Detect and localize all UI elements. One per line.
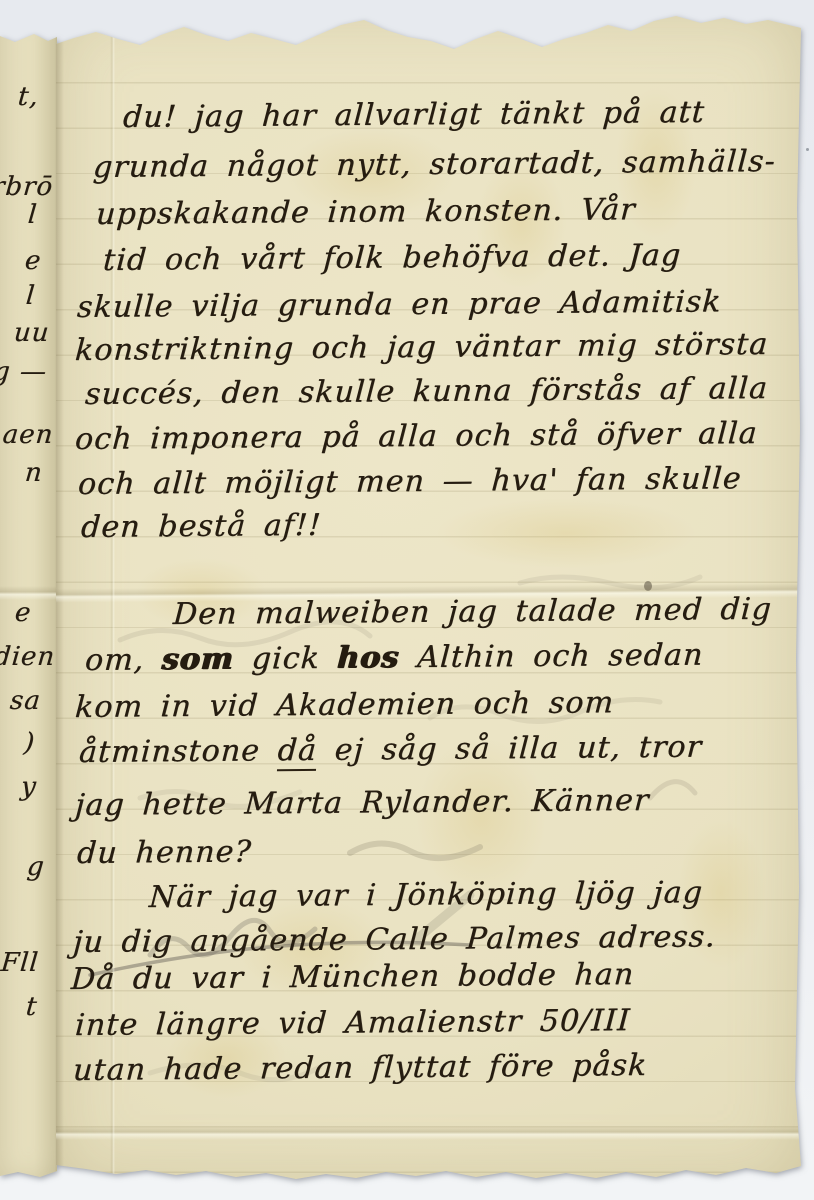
handwriting-segment: ej såg så illa ut, tror — [316, 730, 703, 768]
fold-crease — [0, 586, 57, 600]
handwritten-text: du! jag har allvarligt tänkt på att grun… — [56, 8, 801, 1188]
page-edge-word-fragment: Fll — [0, 948, 40, 978]
scanned-letter-photo: t, rbrō l e l uu g — naen n e dien sa ) … — [0, 0, 814, 1200]
handwriting-segment: åtminstone — [78, 733, 279, 770]
overwritten-word: som — [161, 642, 235, 678]
page-edge-word-fragment: y — [20, 772, 38, 802]
handwriting-line: uppskakande inom konsten. Vår — [95, 192, 637, 232]
handwriting-line: När jag var i Jönköping ljög jag — [148, 875, 704, 915]
handwriting-segment: gick — [233, 641, 339, 677]
handwriting-line: åtminstone då ej såg så illa ut, tror — [78, 730, 703, 770]
page-edge-word-fragment: rbrō — [0, 172, 54, 202]
handwriting-line: inte längre vid Amalienstr 50/III — [74, 1003, 631, 1043]
handwriting-line: utan hade redan flyttat före påsk — [72, 1048, 648, 1088]
handwriting-line: och imponera på alla och stå öfver alla — [74, 416, 759, 457]
handwriting-line: och allt möjligt men — hva' fan skulle — [77, 461, 743, 502]
handwriting-line: ju dig angående Calle Palmes adress. — [72, 919, 717, 960]
handwriting-line: succés, den skulle kunna förstås af alla — [84, 371, 769, 412]
handwriting-line: kom in vid Akademien och som — [74, 685, 615, 725]
page-edge-word-fragment: t — [24, 992, 38, 1022]
letter-page: du! jag har allvarligt tänkt på att grun… — [56, 8, 801, 1188]
page-edge-word-fragment: l — [26, 200, 38, 230]
page-edge-word-fragment: l — [24, 281, 36, 311]
underlined-word: då — [276, 733, 318, 771]
handwriting-line: du henne? — [76, 834, 253, 871]
page-edge-word-fragment: t, — [17, 82, 40, 112]
handwriting-line: skulle vilja grunda en prae Adamitisk — [76, 284, 723, 325]
handwriting-line: om, som gick hos Althin och sedan — [84, 638, 705, 678]
page-edge-word-fragment: n — [24, 458, 44, 488]
handwriting-line: grunda något nytt, storartadt, samhälls- — [92, 144, 777, 185]
page-edge-word-fragment: g — [26, 852, 46, 882]
overwritten-word: hos — [337, 640, 401, 676]
page-edge-word-fragment: ) — [23, 728, 37, 758]
handwriting-segment: om, — [84, 642, 163, 678]
handwriting-segment: Althin och sedan — [399, 638, 705, 676]
handwriting-line: jag hette Marta Rylander. Känner — [74, 783, 650, 823]
handwriting-line: konstriktning och jag väntar mig största — [74, 327, 769, 368]
page-edge-word-fragment: uu — [12, 318, 50, 348]
handwriting-line: den bestå af!! — [80, 508, 322, 545]
handwriting-line: Då du var i München bodde han — [70, 957, 635, 997]
page-edge-word-fragment: e — [13, 598, 32, 628]
underlying-page-edge: t, rbrō l e l uu g — naen n e dien sa ) … — [0, 6, 57, 1182]
page-edge-word-fragment: g — — [0, 357, 48, 387]
page-edge-word-fragment: naen — [0, 420, 54, 450]
handwriting-line: Den malweiben jag talade med dig — [172, 592, 773, 632]
page-edge-word-fragment: sa — [9, 686, 42, 716]
page-edge-word-fragment: dien — [0, 642, 56, 672]
page-edge-word-fragment: e — [23, 246, 42, 276]
handwriting-line: tid och vårt folk behöfva det. Jag — [102, 238, 682, 278]
handwriting-line: du! jag har allvarligt tänkt på att — [122, 95, 706, 135]
paper-stack: t, rbrō l e l uu g — naen n e dien sa ) … — [0, 0, 814, 1200]
